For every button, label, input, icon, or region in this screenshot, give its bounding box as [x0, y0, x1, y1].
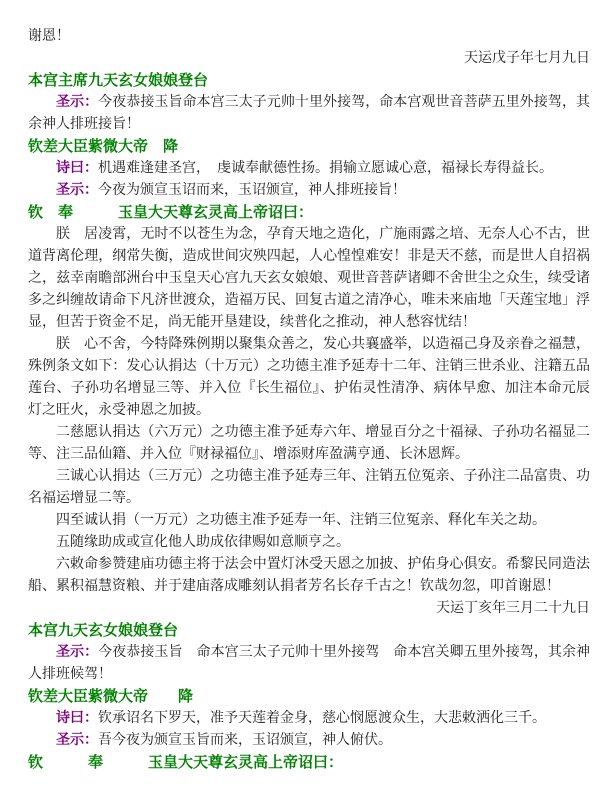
document-page: 谢恩！ 天运戊子年七月九日 本宫主席九天玄女娘娘登台 圣示：今夜恭接玉旨命本宫三…	[0, 0, 600, 800]
decree-paragraph-1: 朕 居凌霄，无时不以苍生为念，孕育天地之造化，广施雨露之培、无奈人心不古，世道背…	[28, 224, 590, 334]
decree-item-4: 四至诚认捐（一万元）之功德主准予延寿一年、注销三位冤亲、释化车关之劫。	[28, 510, 590, 532]
heading-yuhuang-zhao-1: 钦 奉 玉皇大天尊玄灵高上帝诏曰：	[28, 202, 590, 224]
shengshi-paragraph-2: 圣示：今夜为颁宣玉诏而来，玉诏颁宣，神人排班接旨！	[28, 180, 590, 202]
decree-item-2: 二慈愿认捐达（六万元）之功德主准予延寿六年、增显百分之十福禄、子孙功名福显二等、…	[28, 422, 590, 466]
heading-zhuxi-dengtai: 本宫主席九天玄女娘娘登台	[28, 70, 590, 92]
decree-paragraph-2: 朕 心不舍，今特降殊例期以聚集众善之，发心共襄盛举，以造福己身及亲眷之福慧，殊例…	[28, 334, 590, 422]
heading-niangniang-dengtai: 本宫九天玄女娘娘登台	[28, 620, 590, 642]
shengshi-paragraph-4: 圣示：吾今夜为颁宣玉旨而来，玉诏颁宣，神人俯伏。	[28, 730, 590, 752]
shiyue-label-2: 诗曰：	[56, 711, 98, 726]
date-line-first: 天运戊子年七月九日	[28, 48, 590, 70]
shengshi-paragraph-3: 圣示：今夜恭接玉旨 命本宫三太子元帅十里外接驾 命本宫关卿五里外接驾，其余神人排…	[28, 642, 590, 686]
decree-item-6: 六敕命参赞建庙功德主将于法会中置灯沐受天恩之加披、护佑身心俱安。希黎民同造法船、…	[28, 554, 590, 598]
shengshi-label-1: 圣示：	[56, 95, 98, 110]
decree-item-3: 三诚心认捐达（三万元）之功德主准予延寿三年、注销五位冤亲、子孙注二品富贵、功名福…	[28, 466, 590, 510]
decree-item-5: 五随缘助成或宣化他人助成依律赐如意顺亨之。	[28, 532, 590, 554]
shengshi-text-1: 今夜恭接玉旨命本宫三太子元帅十里外接驾，命本宫观世音菩萨五里外接驾，其余神人排班…	[28, 95, 590, 132]
heading-yuhuang-zhao-2: 钦 奉 玉皇大天尊玄灵高上帝诏曰：	[28, 752, 590, 774]
shengshi-label-3: 圣示：	[56, 645, 98, 660]
shengshi-text-4: 吾今夜为颁宣玉旨而来，玉诏颁宣，神人俯伏。	[98, 733, 392, 748]
shiyue-label-1: 诗曰：	[56, 161, 98, 176]
shiyue-paragraph-2: 诗曰：钦承诏名下罗天，准予天莲着金身，慈心悯愿渡众生，大悲敕洒化三千。	[28, 708, 590, 730]
shiyue-text-1: 机遇难逢建圣宫， 虔诚奉献德性扬。捐输立愿诚心意，福禄长寿得益长。	[98, 161, 553, 176]
shengshi-paragraph-1: 圣示：今夜恭接玉旨命本宫三太子元帅十里外接驾，命本宫观世音菩萨五里外接驾，其余神…	[28, 92, 590, 136]
shengshi-label-4: 圣示：	[56, 733, 98, 748]
shengshi-label-2: 圣示：	[56, 183, 98, 198]
heading-ziwei-dadi-2: 钦差大臣紫微大帝 降	[28, 686, 590, 708]
closing-thanks: 谢恩！	[28, 26, 590, 48]
heading-ziwei-dadi-1: 钦差大臣紫微大帝 降	[28, 136, 590, 158]
date-line-second: 天运丁亥年三月二十九日	[28, 598, 590, 620]
shengshi-text-3: 今夜恭接玉旨 命本宫三太子元帅十里外接驾 命本宫关卿五里外接驾，其余神人排班候驾…	[28, 645, 590, 682]
shiyue-text-2: 钦承诏名下罗天，准予天莲着金身，慈心悯愿渡众生，大悲敕洒化三千。	[98, 711, 546, 726]
shengshi-text-2: 今夜为颁宣玉诏而来，玉诏颁宣，神人排班接旨！	[98, 183, 406, 198]
shiyue-paragraph-1: 诗曰：机遇难逢建圣宫， 虔诚奉献德性扬。捐输立愿诚心意，福禄长寿得益长。	[28, 158, 590, 180]
